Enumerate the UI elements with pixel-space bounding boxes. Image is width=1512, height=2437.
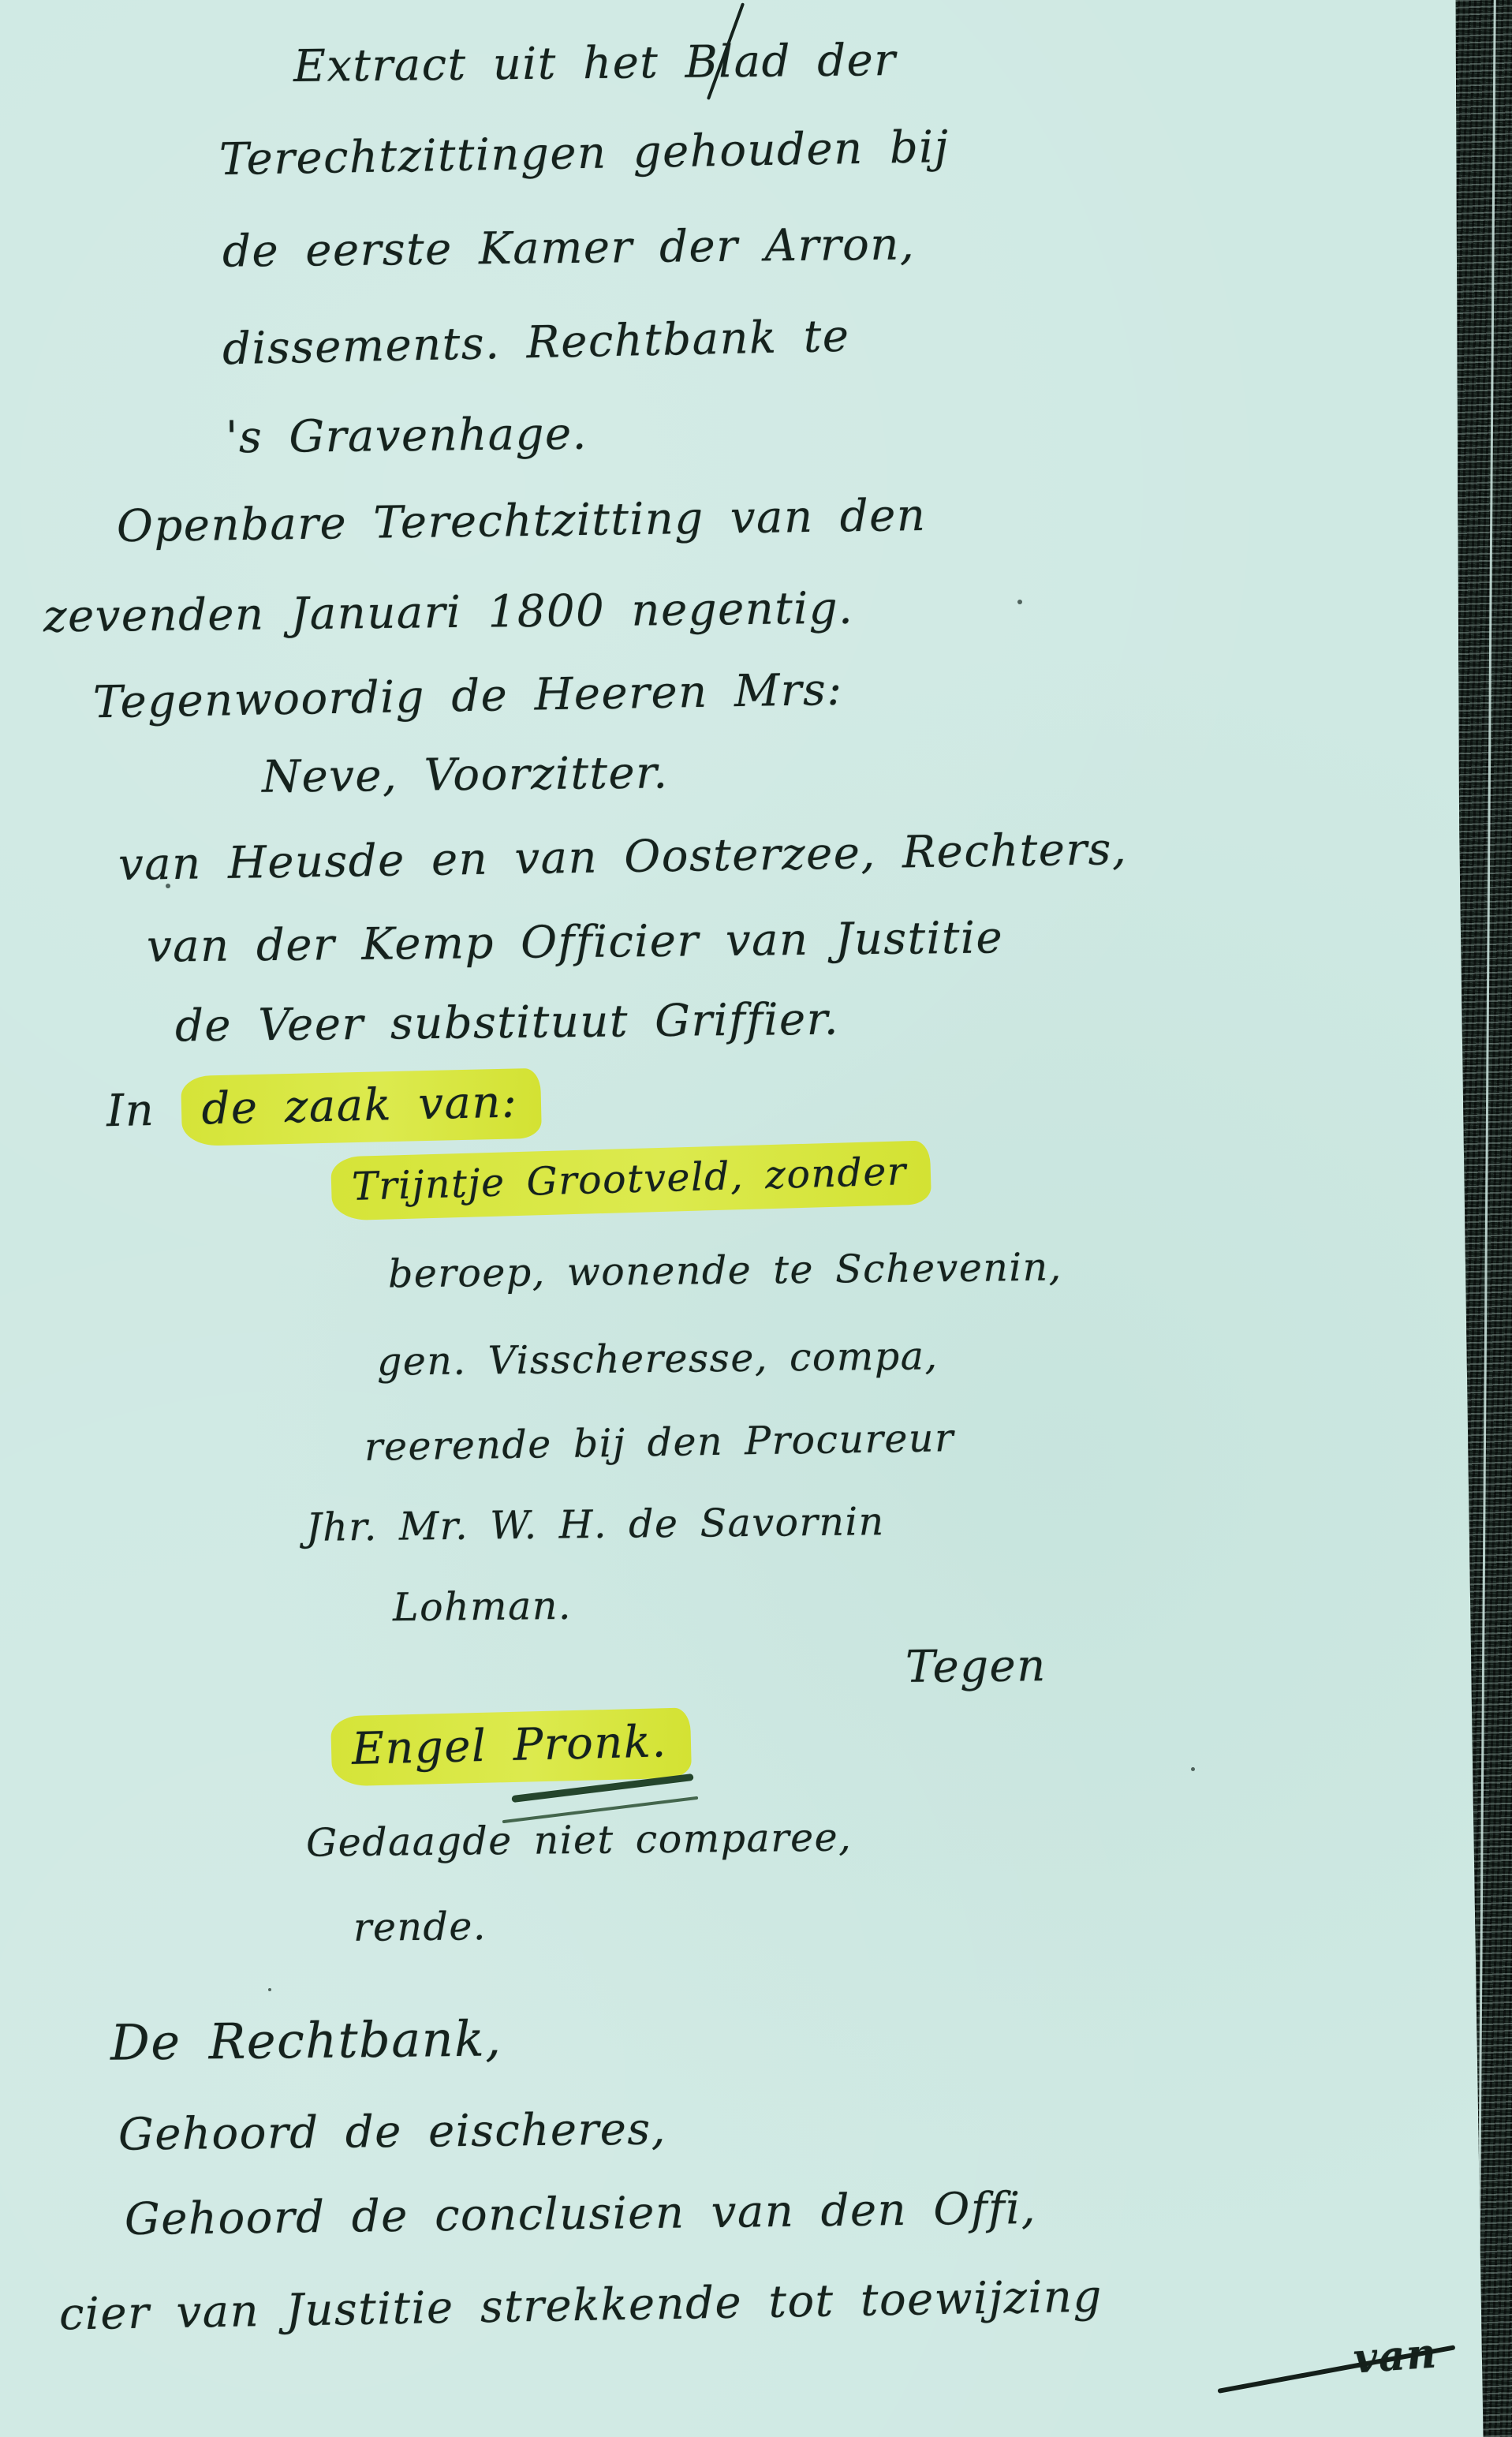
highlighted-text-defendant-name: Engel Pronk. — [330, 1707, 692, 1786]
line-text: de eerste Kamer der Arron, — [222, 219, 916, 277]
line-text: rende. — [353, 1904, 487, 1950]
handwritten-line: Lohman. — [393, 1583, 573, 1630]
line-text: reerende bij den Procureur — [364, 1415, 955, 1470]
line-text: Lohman. — [393, 1583, 573, 1630]
highlighted-text: de zaak van: — [181, 1068, 543, 1146]
handwritten-line: van der Kemp Officier van Justitie — [147, 912, 1004, 972]
ink-dot — [268, 1988, 271, 1991]
line-text: Tegen — [905, 1640, 1047, 1693]
handwritten-line: Engel Pronk. — [330, 1715, 691, 1775]
handwritten-line: Gedaagde niet comparee, — [306, 1815, 853, 1865]
handwritten-line: gen. Visscheresse, compa, — [377, 1333, 939, 1384]
line-text: zevenden Januari 1800 negentig. — [43, 583, 854, 643]
line-text: 's Gravenhage. — [226, 409, 588, 464]
handwritten-line: 's Gravenhage. — [226, 409, 588, 464]
handwritten-line: rende. — [353, 1904, 487, 1950]
handwritten-line: Gehoord de eischeres, — [118, 2103, 667, 2160]
handwritten-line: Neve, Voorzitter. — [262, 747, 669, 802]
handwritten-line: De Rechtbank, — [110, 2009, 502, 2071]
page-edge-light-streak — [1477, 0, 1496, 2437]
line-text: Gehoord de eischeres, — [118, 2103, 667, 2160]
handwritten-line: de Veer substituut Griffier. — [175, 994, 840, 1052]
handwritten-line: In de zaak van: — [106, 1076, 542, 1137]
line-text: De Rechtbank, — [110, 2009, 502, 2071]
line-text: In — [106, 1084, 181, 1137]
line-text: Extract uit het Blad der — [293, 35, 897, 92]
line-text: Neve, Voorzitter. — [262, 747, 669, 802]
ink-dot — [1191, 1767, 1195, 1771]
line-text: gen. Visscheresse, compa, — [377, 1333, 939, 1384]
line-text: Gedaagde niet comparee, — [306, 1815, 853, 1865]
ink-dot — [1017, 600, 1022, 604]
line-text: van der Kemp Officier van Justitie — [147, 912, 1004, 972]
ink-dot — [166, 884, 170, 888]
line-text: Jhr. Mr. W. H. de Savornin — [306, 1499, 885, 1550]
handwritten-line: Extract uit het Blad der — [293, 35, 897, 92]
handwritten-line: beroep, wonende te Schevenin, — [388, 1245, 1062, 1297]
handwritten-line: Tegen — [905, 1640, 1047, 1693]
handwritten-line: Trijntje Grootveld, zonder — [330, 1148, 931, 1209]
handwritten-line: zevenden Januari 1800 negentig. — [43, 583, 854, 643]
handwritten-line: de eerste Kamer der Arron, — [222, 219, 916, 277]
line-text: de Veer substituut Griffier. — [175, 994, 840, 1052]
handwritten-line: Jhr. Mr. W. H. de Savornin — [306, 1499, 885, 1550]
line-text: beroep, wonende te Schevenin, — [388, 1245, 1062, 1297]
handwritten-line: reerende bij den Procureur — [364, 1415, 955, 1470]
